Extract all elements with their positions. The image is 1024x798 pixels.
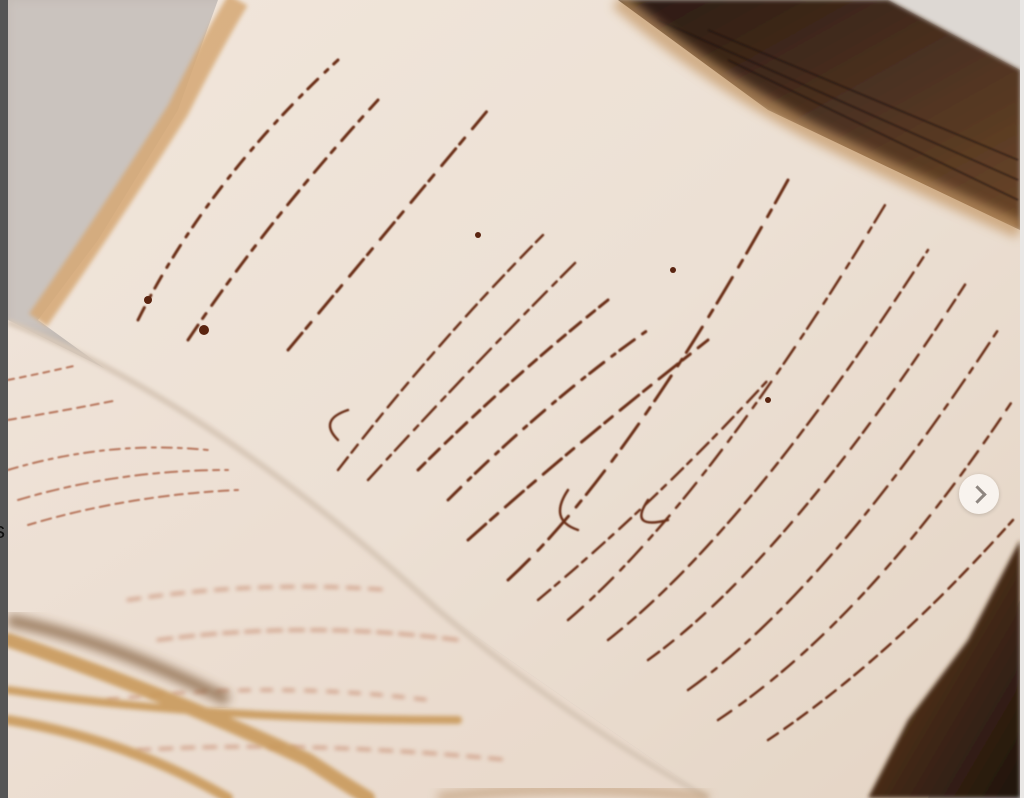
chevron-right-icon: [968, 485, 986, 503]
carousel-photo[interactable]: [8, 0, 1020, 798]
manuscript-photo-illustration: [8, 0, 1020, 798]
clipped-panel-text: s: [0, 520, 5, 542]
image-viewer: s: [0, 0, 1024, 798]
next-image-button[interactable]: [959, 474, 999, 514]
right-edge-divider: [1020, 0, 1024, 798]
left-side-panel: s: [0, 0, 8, 798]
